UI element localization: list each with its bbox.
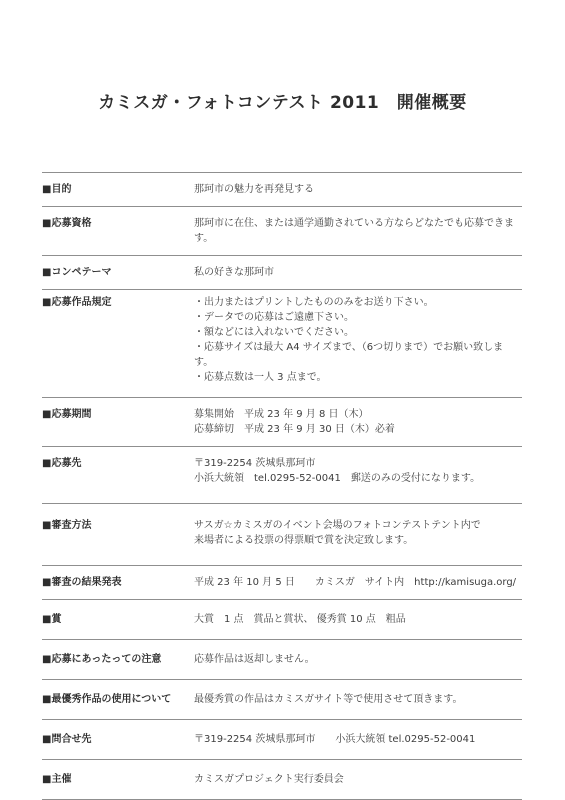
table-row-entry-rules: ■応募作品規定 ・出力またはプリントしたもののみをお送り下さい。 ・データでの応… — [42, 289, 522, 397]
row-label: ■応募資格 — [42, 216, 194, 231]
table-row-contact: ■問合せ先 〒319-2254 茨城県那珂市 小浜大統領 tel.0295-52… — [42, 719, 522, 759]
table-row-eligibility: ■応募資格 那珂市に在住、または通学通勤されている方ならどなたでも応募できます。 — [42, 206, 522, 255]
page-title: カミスガ・フォトコンテスト 2011 開催概要 — [0, 88, 565, 113]
row-content: 募集開始 平成 23 年 9 月 8 日（木） 応募締切 平成 23 年 9 月… — [194, 407, 522, 437]
row-content-line: 大賞 1 点 賞品と賞状、 優秀賞 10 点 粗品 — [194, 612, 522, 627]
row-content: 〒319-2254 茨城県那珂市 小浜大統領 tel.0295-52-0041 — [194, 732, 522, 747]
row-label: ■応募先 — [42, 456, 194, 471]
table-row-organizer: ■主催 カミスガプロジェクト実行委員会 — [42, 759, 522, 799]
table-row-results-announcement: ■審査の結果発表 平成 23 年 10 月 5 日 カミスガ サイト内 http… — [42, 565, 522, 599]
row-content-line: 来場者による投票の得票順で賞を決定致します。 — [194, 533, 522, 548]
row-content: 私の好きな那珂市 — [194, 265, 522, 280]
row-label: ■応募期間 — [42, 407, 194, 422]
row-label: ■賞 — [42, 612, 194, 627]
table-row-submission-address: ■応募先 〒319-2254 茨城県那珂市 小浜大統領 tel.0295-52-… — [42, 446, 522, 503]
row-content-line: 〒319-2254 茨城県那珂市 小浜大統領 tel.0295-52-0041 — [194, 732, 522, 747]
row-content: カミスガプロジェクト実行委員会 — [194, 772, 522, 787]
document-page: カミスガ・フォトコンテスト 2011 開催概要 ■目的 那珂市の魅力を再発見する… — [0, 0, 565, 800]
row-content-line: 〒319-2254 茨城県那珂市 — [194, 456, 522, 471]
row-label: ■目的 — [42, 182, 194, 197]
row-label: ■問合せ先 — [42, 732, 194, 747]
table-row-prizes: ■賞 大賞 1 点 賞品と賞状、 優秀賞 10 点 粗品 — [42, 599, 522, 639]
row-content: ・出力またはプリントしたもののみをお送り下さい。 ・データでの応募はご遠慮下さい… — [194, 295, 522, 385]
row-label: ■応募作品規定 — [42, 295, 194, 310]
row-label: ■審査方法 — [42, 518, 194, 533]
row-content: 大賞 1 点 賞品と賞状、 優秀賞 10 点 粗品 — [194, 612, 522, 627]
info-table: ■目的 那珂市の魅力を再発見する ■応募資格 那珂市に在住、または通学通勤されて… — [42, 172, 522, 800]
row-content: サスガ☆カミスガのイベント会場のフォトコンテストテント内で 来場者による投票の得… — [194, 518, 522, 548]
table-row-entry-period: ■応募期間 募集開始 平成 23 年 9 月 8 日（木） 応募締切 平成 23… — [42, 397, 522, 446]
table-row-judging-method: ■審査方法 サスガ☆カミスガのイベント会場のフォトコンテストテント内で 来場者に… — [42, 503, 522, 565]
row-content-line: ・データでの応募はご遠慮下さい。 — [194, 310, 522, 325]
row-content: 平成 23 年 10 月 5 日 カミスガ サイト内 http://kamisu… — [194, 575, 522, 590]
row-content-line: ・応募サイズは最大 A4 サイズまで、（6つ切りまで）でお願い致します。 — [194, 340, 522, 370]
row-content: 〒319-2254 茨城県那珂市 小浜大統領 tel.0295-52-0041 … — [194, 456, 522, 486]
row-content-line: ・出力またはプリントしたもののみをお送り下さい。 — [194, 295, 522, 310]
row-label: ■コンペテーマ — [42, 265, 194, 280]
table-row-purpose: ■目的 那珂市の魅力を再発見する — [42, 172, 522, 206]
row-content: 応募作品は返却しません。 — [194, 652, 522, 667]
row-content-line: 小浜大統領 tel.0295-52-0041 郵送のみの受付になります。 — [194, 471, 522, 486]
row-content-line: 私の好きな那珂市 — [194, 265, 522, 280]
row-content: 那珂市に在住、または通学通勤されている方ならどなたでも応募できます。 — [194, 216, 522, 246]
row-content-line: 応募作品は返却しません。 — [194, 652, 522, 667]
row-content: 最優秀賞の作品はカミスガサイト等で使用させて頂きます。 — [194, 692, 522, 707]
row-content-line: ・応募点数は一人 3 点まで。 — [194, 370, 522, 385]
row-label: ■主催 — [42, 772, 194, 787]
row-content-line: 応募締切 平成 23 年 9 月 30 日（木）必着 — [194, 422, 522, 437]
row-label: ■応募にあったっての注意 — [42, 652, 194, 667]
table-row-entry-notice: ■応募にあったっての注意 応募作品は返却しません。 — [42, 639, 522, 679]
row-content-line: 那珂市に在住、または通学通勤されている方ならどなたでも応募できます。 — [194, 216, 522, 246]
row-content-line: 最優秀賞の作品はカミスガサイト等で使用させて頂きます。 — [194, 692, 522, 707]
row-content-line: ・額などには入れないでください。 — [194, 325, 522, 340]
row-content-line: 那珂市の魅力を再発見する — [194, 182, 522, 197]
row-content-line: 平成 23 年 10 月 5 日 カミスガ サイト内 http://kamisu… — [194, 575, 522, 590]
row-label: ■審査の結果発表 — [42, 575, 194, 590]
row-content-line: 募集開始 平成 23 年 9 月 8 日（木） — [194, 407, 522, 422]
table-row-theme: ■コンペテーマ 私の好きな那珂市 — [42, 255, 522, 289]
row-content: 那珂市の魅力を再発見する — [194, 182, 522, 197]
row-label: ■最優秀作品の使用について — [42, 692, 194, 707]
table-row-winning-work-usage: ■最優秀作品の使用について 最優秀賞の作品はカミスガサイト等で使用させて頂きます… — [42, 679, 522, 719]
row-content-line: カミスガプロジェクト実行委員会 — [194, 772, 522, 787]
row-content-line: サスガ☆カミスガのイベント会場のフォトコンテストテント内で — [194, 518, 522, 533]
